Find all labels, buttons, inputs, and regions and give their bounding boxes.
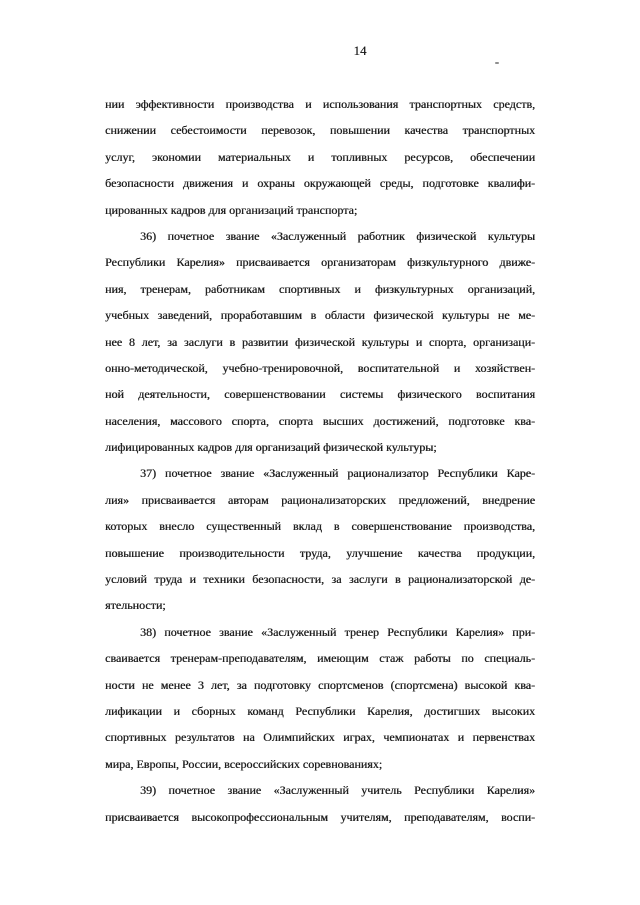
text-line: ной деятельности, совершенствовании сист… (105, 381, 535, 407)
text-line: ния, тренерам, работникам спортивных и ф… (105, 276, 535, 302)
text-line: ности не менее 3 лет, за подготовку спор… (105, 672, 535, 698)
text-line: 38) почетное звание «Заслуженный тренер … (105, 619, 535, 645)
text-line: лификации и сборных команд Республики Ка… (105, 698, 535, 724)
text-line: населения, массового спорта, спорта высш… (105, 408, 535, 434)
text-line: 36) почетное звание «Заслуженный работни… (105, 223, 535, 249)
text-line: 39) почетное звание «Заслуженный учитель… (105, 777, 535, 803)
text-line: снижении себестоимости перевозок, повыше… (105, 117, 535, 143)
scan-artifact-dot (495, 62, 499, 64)
text-line: лифицированных кадров для организаций фи… (105, 434, 535, 460)
text-line: спортивных результатов на Олимпийских иг… (105, 724, 535, 750)
text-line: повышение производительности труда, улуч… (105, 540, 535, 566)
text-line: безопасности движения и охраны окружающе… (105, 170, 535, 196)
scanned-page: 14 нии эффективности производства и испо… (0, 0, 640, 905)
text-line: мира, Европы, России, всероссийских соре… (105, 751, 535, 777)
text-line: услуг, экономии материальных и топливных… (105, 144, 535, 170)
text-line: которых внесло существенный вклад в сове… (105, 513, 535, 539)
document-text: нии эффективности производства и использ… (105, 91, 535, 830)
page-number: 14 (346, 42, 374, 60)
text-line: сваивается тренерам-преподавателям, имею… (105, 645, 535, 671)
text-line: ятельности; (105, 592, 535, 618)
text-line: лия» присваивается авторам рационализато… (105, 487, 535, 513)
text-line: 37) почетное звание «Заслуженный рациона… (105, 460, 535, 486)
text-line: цированных кадров для организаций трансп… (105, 197, 535, 223)
text-line: Республики Карелия» присваивается органи… (105, 249, 535, 275)
text-line: присваивается высокопрофессиональным учи… (105, 804, 535, 830)
text-line: онно-методической, учебно-тренировочной,… (105, 355, 535, 381)
text-line: условий труда и техники безопасности, за… (105, 566, 535, 592)
text-line: нии эффективности производства и использ… (105, 91, 535, 117)
text-line: нее 8 лет, за заслуги в развитии физичес… (105, 329, 535, 355)
text-line: учебных заведений, проработавшим в облас… (105, 302, 535, 328)
